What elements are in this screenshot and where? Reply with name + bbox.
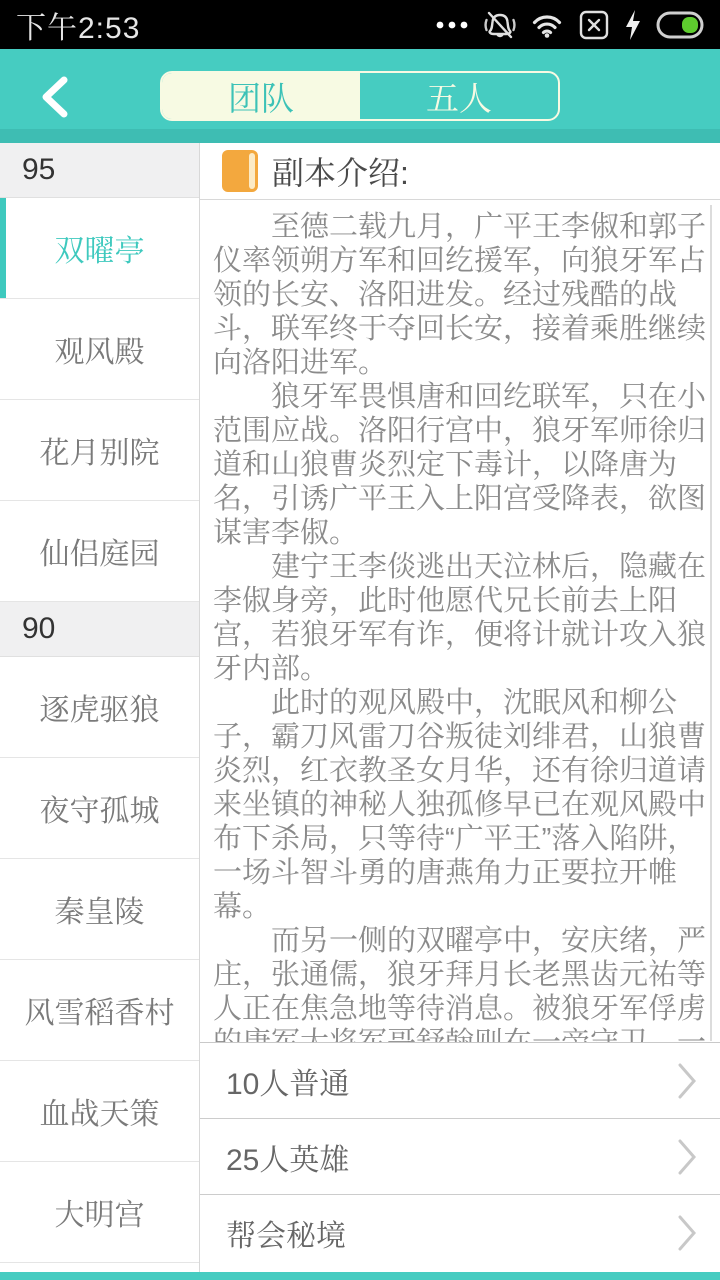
more-dots-icon — [435, 20, 469, 30]
battery-icon — [656, 11, 704, 39]
mode-label: 25人英雄 — [226, 1135, 349, 1179]
mode-label: 10人普通 — [226, 1059, 349, 1103]
app-header: 团队 五人 — [0, 49, 720, 143]
chevron-right-icon — [676, 1138, 698, 1176]
sidebar-section-90: 90 — [0, 602, 199, 657]
sidebar-item-xianlvtingyuan[interactable]: 仙侣庭园 — [0, 501, 199, 602]
sidebar-item-qinhuangling[interactable]: 秦皇陵 — [0, 859, 199, 960]
intro-header: 副本介绍: — [200, 143, 720, 200]
bell-muted-icon — [484, 10, 516, 40]
sim-missing-icon — [578, 9, 610, 41]
intro-text[interactable]: 至德二载九月，广平王李俶和郭子仪率领朔方军和回纥援军，向狼牙军占领的长安、洛阳进… — [200, 200, 720, 1043]
mode-tab-bar: 团队 五人 — [160, 71, 560, 121]
sidebar-item-guanfengdian[interactable]: 观风殿 — [0, 299, 199, 400]
sidebar-item-zhuhuqulang[interactable]: 逐虎驱狼 — [0, 657, 199, 758]
wifi-icon — [531, 11, 563, 39]
intro-paragraph: 狼牙军畏惧唐和回纥联军，只在小范围应战。洛阳行宫中，狼牙军师徐归道和山狼曹炎烈定… — [213, 380, 708, 550]
intro-paragraph: 建宁王李倓逃出天泣林后，隐藏在李俶身旁，此时他愿代兄长前去上阳宫，若狼牙军有诈，… — [213, 550, 708, 686]
back-button[interactable] — [40, 75, 70, 119]
tab-five-man[interactable]: 五人 — [360, 73, 558, 119]
book-icon — [222, 150, 258, 192]
dungeon-sidebar: 95 双曜亭 观风殿 花月别院 仙侣庭园 90 逐虎驱狼 夜守孤城 秦皇陵 风雪… — [0, 143, 200, 1272]
mode-row-10-normal[interactable]: 10人普通 — [200, 1043, 720, 1119]
bottom-accent-strip — [0, 1272, 720, 1280]
mode-row-25-heroic[interactable]: 25人英雄 — [200, 1119, 720, 1195]
intro-title: 副本介绍: — [272, 148, 409, 194]
tab-team[interactable]: 团队 — [162, 73, 360, 119]
chevron-right-icon — [676, 1062, 698, 1100]
dungeon-detail-panel: 副本介绍: 至德二载九月，广平王李俶和郭子仪率领朔方军和回纥援军，向狼牙军占领的… — [200, 143, 720, 1272]
mode-label: 帮会秘境 — [226, 1211, 346, 1255]
status-icons — [435, 9, 704, 41]
chevron-right-icon — [676, 1214, 698, 1252]
status-bar: 下午2:53 — [0, 0, 720, 49]
sidebar-item-fengxuedaoxiangcun[interactable]: 风雪稻香村 — [0, 960, 199, 1061]
intro-paragraph: 至德二载九月，广平王李俶和郭子仪率领朔方军和回纥援军，向狼牙军占领的长安、洛阳进… — [213, 210, 708, 380]
sidebar-item-yeshougucheng[interactable]: 夜守孤城 — [0, 758, 199, 859]
sidebar-item-daminggong[interactable]: 大明宫 — [0, 1162, 199, 1263]
clock-text: 下午2:53 — [16, 3, 140, 47]
mode-list: 10人普通 25人英雄 帮会秘境 — [200, 1042, 720, 1272]
intro-paragraph: 而另一侧的双曜亭中，安庆绪，严庄，张通儒，狼牙拜月长老黑齿元祐等人正在焦急地等待… — [213, 924, 708, 1043]
charging-bolt-icon — [625, 10, 641, 40]
sidebar-item-shuangyaoting[interactable]: 双曜亭 — [0, 198, 199, 299]
intro-paragraph: 此时的观风殿中，沈眠风和柳公子，霸刀风雷刀谷叛徒刘绯君，山狼曹炎烈，红衣教圣女月… — [213, 686, 708, 924]
mode-row-guild-secret[interactable]: 帮会秘境 — [200, 1195, 720, 1271]
sidebar-item-xuezhantiance[interactable]: 血战天策 — [0, 1061, 199, 1162]
sidebar-section-95: 95 — [0, 143, 199, 198]
sidebar-item-huayuebieyuan[interactable]: 花月别院 — [0, 400, 199, 501]
scrollbar-track — [710, 205, 712, 1041]
